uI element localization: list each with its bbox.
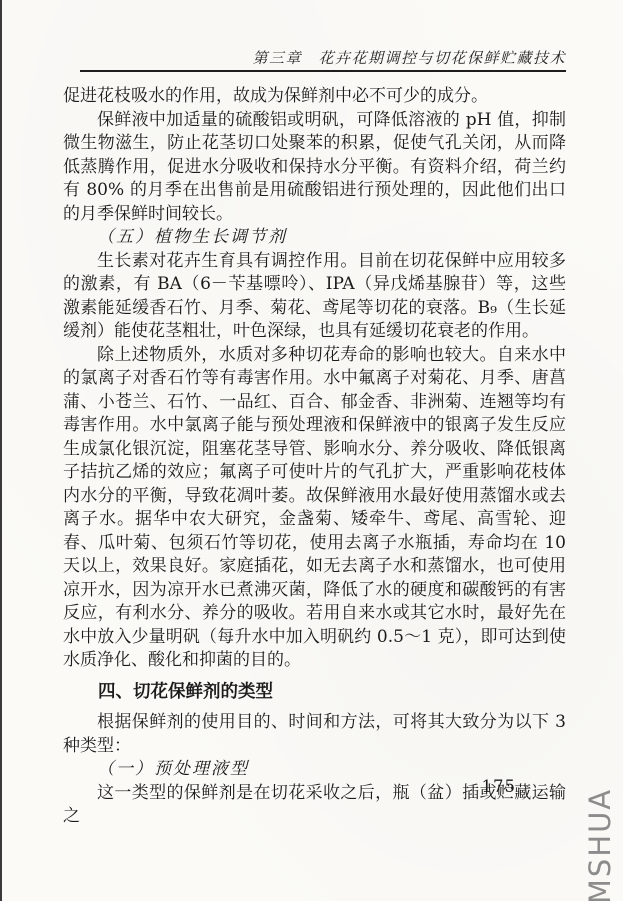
scanned-book-page: 第三章 花卉花期调控与切花保鲜贮藏技术 促进花枝吸水的作用，故成为保鲜剂中必不可…	[0, 0, 623, 901]
chapter-title: 第三章 花卉花期调控与切花保鲜贮藏技术	[252, 49, 566, 67]
page-number: 175	[482, 777, 517, 796]
page-body-text: 促进花枝吸水的作用，故成为保鲜剂中必不可少的成分。保鲜液中加适量的硫酸铝或明矾，…	[63, 85, 566, 829]
paragraph-continuation: 促进花枝吸水的作用，故成为保鲜剂中必不可少的成分。	[63, 85, 566, 109]
watermark-text: MSHUA	[584, 786, 616, 901]
paragraph: 除上述物质外，水质对多种切花寿命的影响也较大。自来水中的氯离子对香石竹等有毒害作…	[63, 344, 566, 673]
paragraph: 保鲜液中加适量的硫酸铝或明矾，可降低溶液的 pH 值，抑制微生物滋生，防止花茎切…	[63, 109, 566, 227]
paragraph: 根据保鲜剂的使用目的、时间和方法，可将其大致分为以下 3 种类型：	[63, 711, 566, 758]
running-header: 第三章 花卉花期调控与切花保鲜贮藏技术	[80, 47, 566, 68]
paragraph: 生长素对花卉生育具有调控作用。目前在切花保鲜中应用较多的激素，有 BA（6－苄基…	[63, 250, 566, 344]
header-rule	[80, 70, 566, 72]
scan-edge-line	[0, 0, 2, 901]
subsection-heading: （五）植物生长调节剂	[63, 226, 566, 250]
section-heading: 四、切花保鲜剂的类型	[63, 681, 566, 705]
